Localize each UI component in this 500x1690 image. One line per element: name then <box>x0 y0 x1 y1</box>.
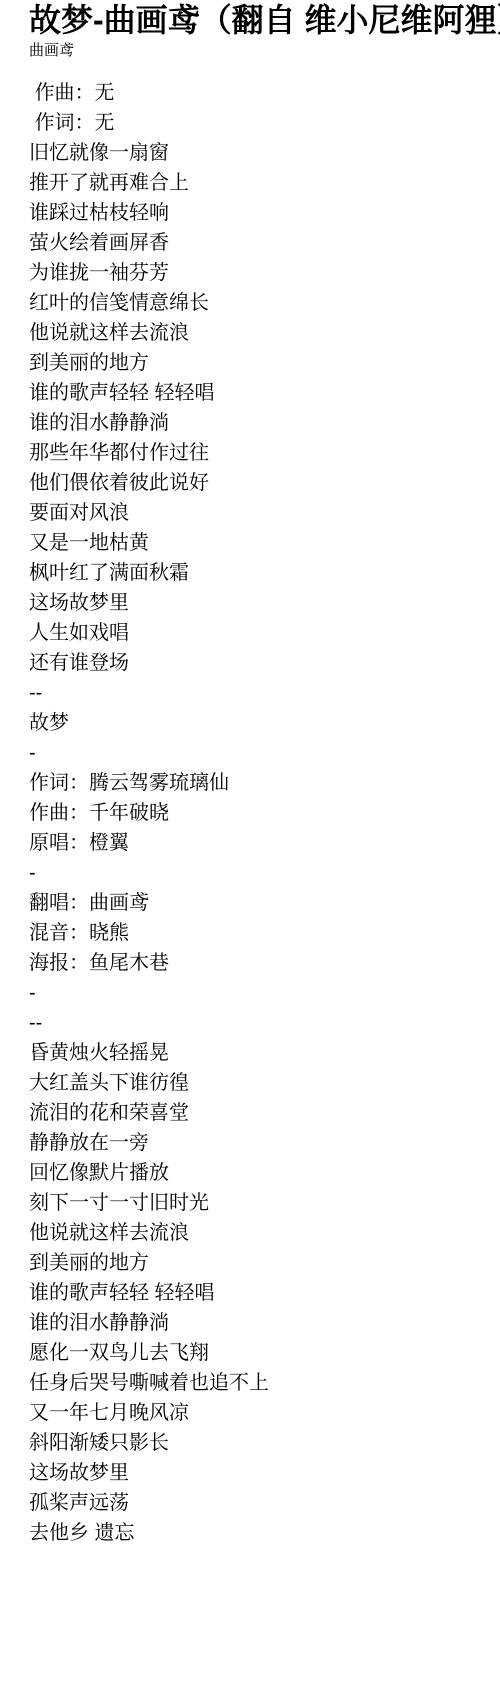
lyric-line: 还有谁登场 <box>29 648 500 678</box>
lyric-line: 他说就这样去流浪 <box>29 318 500 348</box>
lyric-line: 孤桨声远荡 <box>29 1488 500 1518</box>
lyric-line: 作曲：千年破晓 <box>29 798 500 828</box>
lyric-line: 那些年华都付作过往 <box>29 438 500 468</box>
lyric-line: 要面对风浪 <box>29 498 500 528</box>
lyric-line: 翻唱：曲画鸢 <box>29 888 500 918</box>
lyric-line: 愿化一双鸟儿去飞翔 <box>29 1338 500 1368</box>
lyric-line: 海报：鱼尾木巷 <box>29 948 500 978</box>
lyric-line: 故梦 <box>29 708 500 738</box>
lyric-line: 为谁拢一袖芬芳 <box>29 258 500 288</box>
lyric-line: 谁的歌声轻轻 轻轻唱 <box>29 378 500 408</box>
lyrics-page: 故梦-曲画鸢（翻自 维小尼维阿狸） 曲画鸢 作曲：无 作词：无旧忆就像一扇窗推开… <box>0 0 500 1690</box>
lyric-line: 昏黄烛火轻摇晃 <box>29 1038 500 1068</box>
lyric-line: 谁的歌声轻轻 轻轻唱 <box>29 1278 500 1308</box>
lyric-line: 刻下一寸一寸旧时光 <box>29 1188 500 1218</box>
lyric-line: 到美丽的地方 <box>29 1248 500 1278</box>
lyric-line: 谁的泪水静静淌 <box>29 1308 500 1338</box>
lyric-line: -- <box>29 1008 500 1038</box>
lyric-line: 谁踩过枯枝轻响 <box>29 198 500 228</box>
lyric-line: 人生如戏唱 <box>29 618 500 648</box>
lyric-line: 推开了就再难合上 <box>29 168 500 198</box>
lyric-line: 又是一地枯黄 <box>29 528 500 558</box>
lyric-line: - <box>29 858 500 888</box>
lyric-line: 枫叶红了满面秋霜 <box>29 558 500 588</box>
lyric-line: 到美丽的地方 <box>29 348 500 378</box>
lyric-line: 混音：晓熊 <box>29 918 500 948</box>
lyric-line: 任身后哭号嘶喊着也追不上 <box>29 1368 500 1398</box>
lyric-line: 谁的泪水静静淌 <box>29 408 500 438</box>
lyric-line: 萤火绘着画屏香 <box>29 228 500 258</box>
lyric-line: 红叶的信笺情意绵长 <box>29 288 500 318</box>
artist-name: 曲画鸢 <box>29 41 500 61</box>
lyric-line: 旧忆就像一扇窗 <box>29 138 500 168</box>
lyric-line: 大红盖头下谁彷徨 <box>29 1068 500 1098</box>
song-title: 故梦-曲画鸢（翻自 维小尼维阿狸） <box>29 0 500 40</box>
lyric-line: 作词：无 <box>29 108 500 138</box>
lyric-line: 斜阳渐矮只影长 <box>29 1428 500 1458</box>
lyric-line: 流泪的花和荣喜堂 <box>29 1098 500 1128</box>
lyric-line: 回忆像默片播放 <box>29 1158 500 1188</box>
lyric-line: 作曲：无 <box>29 78 500 108</box>
lyric-line: 又一年七月晚风凉 <box>29 1398 500 1428</box>
lyric-line: 去他乡 遗忘 <box>29 1518 500 1548</box>
lyric-line: - <box>29 978 500 1008</box>
lyric-line: 这场故梦里 <box>29 588 500 618</box>
lyrics-block: 作曲：无 作词：无旧忆就像一扇窗推开了就再难合上谁踩过枯枝轻响萤火绘着画屏香为谁… <box>29 78 500 1548</box>
lyric-line: 他们偎依着彼此说好 <box>29 468 500 498</box>
lyric-line: 他说就这样去流浪 <box>29 1218 500 1248</box>
lyric-line: - <box>29 738 500 768</box>
lyric-line: 原唱：橙翼 <box>29 828 500 858</box>
lyric-line: 静静放在一旁 <box>29 1128 500 1158</box>
lyric-line: 这场故梦里 <box>29 1458 500 1488</box>
lyric-line: 作词：腾云驾雾琉璃仙 <box>29 768 500 798</box>
lyric-line: -- <box>29 678 500 708</box>
